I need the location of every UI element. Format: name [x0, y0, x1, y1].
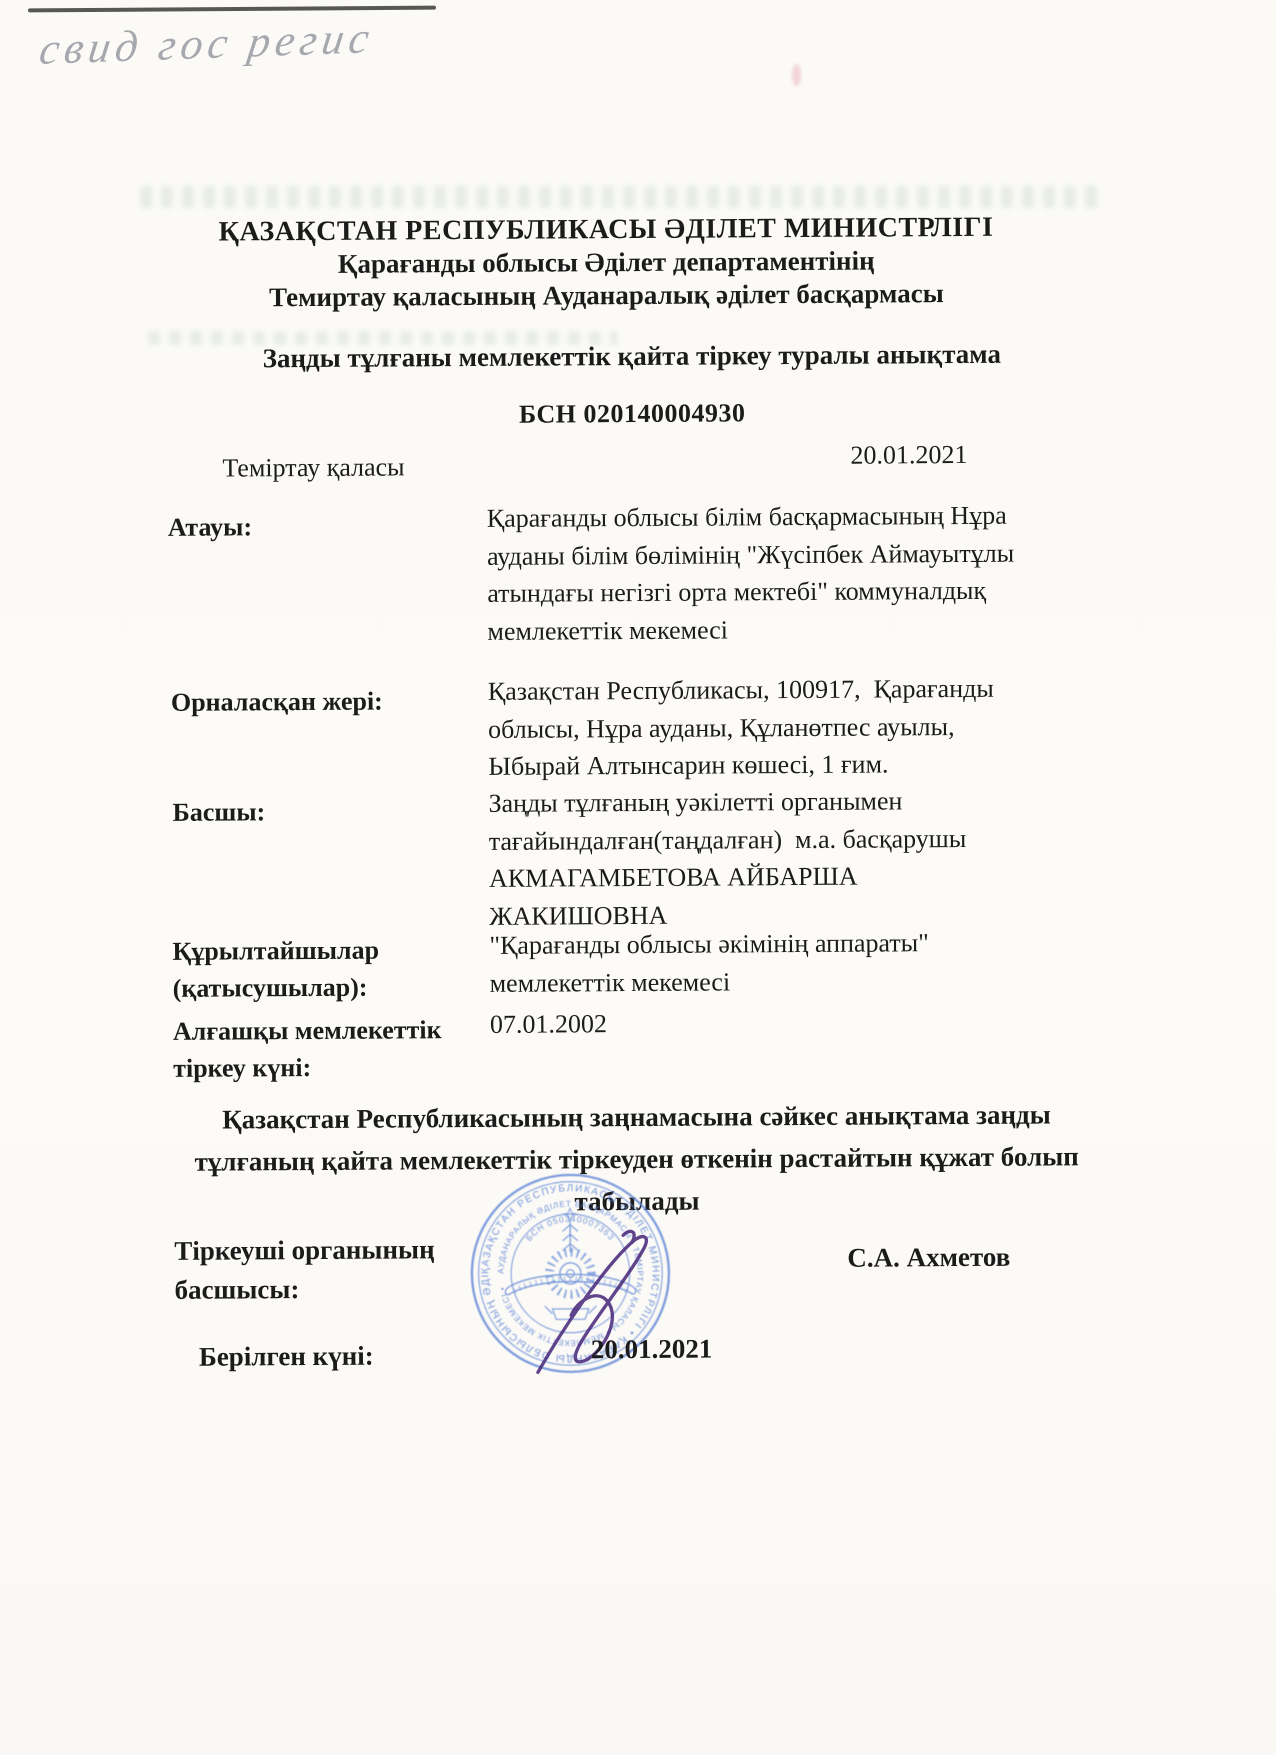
field-value-location: Қазақстан Республикасы, 100917, Қарағанд… — [488, 670, 1034, 786]
header-line-ministry: ҚАЗАҚСТАН РЕСПУБЛИКАСЫ ӘДІЛЕТ МИНИСТРЛІГ… — [106, 210, 1106, 249]
field-label-name: Атауы: — [168, 507, 488, 546]
field-value-name: Қарағанды облысы білім басқармасының Нұр… — [487, 497, 1033, 650]
signature-graphic — [497, 1195, 708, 1396]
document-date: 20.01.2021 — [850, 440, 967, 471]
field-value-founders: "Қарағанды облысы әкімінің аппараты" мем… — [489, 924, 1034, 1002]
issued-date-value: 20.01.2021 — [591, 1334, 713, 1366]
ministry-header: ҚАЗАҚСТАН РЕСПУБЛИКАСЫ ӘДІЛЕТ МИНИСТРЛІГ… — [106, 210, 1107, 315]
field-label-founders: Құрылтайшылар (қатысушылар): — [172, 931, 492, 1007]
field-value-first-registration: 07.01.2002 — [490, 1003, 1035, 1044]
field-label-location: Орналасқан жері: — [171, 682, 491, 721]
bsn-number: БСН 020140004930 — [117, 396, 1147, 432]
document-title: Заңды тұлғаны мемлекеттік қайта тіркеу т… — [117, 338, 1147, 375]
scanned-certificate-page: свид гос регис ҚАЗАҚСТАН РЕСПУБЛИКАСЫ ӘД… — [0, 0, 1276, 1755]
issued-date-label: Берілген күні: — [199, 1341, 374, 1373]
header-line-office: Темиртау қаласының Ауданаралық әділет ба… — [106, 276, 1106, 315]
pen-signature — [497, 1195, 708, 1396]
field-label-first-registration: Алғашқы мемлекеттік тіркеу күні: — [173, 1011, 493, 1087]
field-label-head: Басшы: — [172, 792, 492, 831]
field-value-head: Заңды тұлғаның уәкілетті органымен тағай… — [488, 782, 1034, 935]
issuing-city: Теміртау қаласы — [222, 452, 404, 483]
registrar-label: Тіркеуші органының басшысы: — [174, 1230, 484, 1310]
registrar-name: С.А. Ахметов — [847, 1242, 1010, 1274]
